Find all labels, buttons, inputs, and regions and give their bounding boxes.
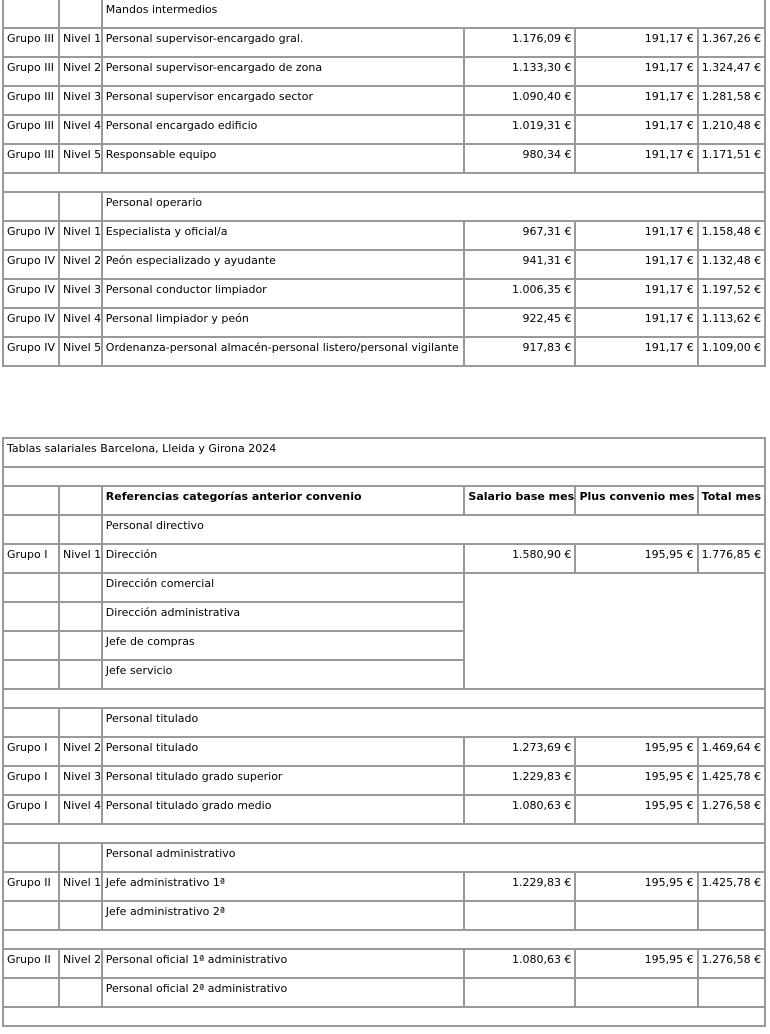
- section-heading-row: Personal titulado: [3, 708, 765, 737]
- ref-row: Personal oficial 2ª administrativo: [3, 978, 765, 1007]
- base-cell: 1.580,90 €: [464, 544, 575, 573]
- ref-row: Jefe administrativo 2ª: [3, 901, 765, 930]
- plus-cell: 191,17 €: [575, 115, 697, 144]
- plus-cell: 191,17 €: [575, 308, 697, 337]
- base-cell: 1.133,30 €: [464, 57, 575, 86]
- section-heading-row: Personal administrativo: [3, 843, 765, 872]
- table-row: Grupo IIINivel 5Responsable equipo980,34…: [3, 144, 765, 173]
- header-total: Total mes: [698, 486, 765, 515]
- grupo-cell: Grupo III: [3, 144, 59, 173]
- base-cell: 922,45 €: [464, 308, 575, 337]
- table-row: Grupo IVNivel 5Ordenanza-personal almacé…: [3, 337, 765, 366]
- header-plus: Plus convenio mes: [575, 486, 697, 515]
- spacer-row: [3, 467, 765, 486]
- section-heading: Personal operario: [102, 192, 765, 221]
- total-cell: 1.367,26 €: [698, 28, 765, 57]
- categoria-cell: Personal supervisor-encargado de zona: [102, 57, 465, 86]
- nivel-cell: Nivel 1: [59, 28, 102, 57]
- table-row: Grupo I Nivel 4 Personal titulado grado …: [3, 795, 765, 824]
- header-base: Salario base mes: [464, 486, 575, 515]
- ref-cell: Jefe servicio: [102, 660, 465, 689]
- nivel-cell: Nivel 4: [59, 308, 102, 337]
- nivel-cell: Nivel 2: [59, 250, 102, 279]
- categoria-cell: Especialista y oficial/a: [102, 221, 465, 250]
- ref-cell: Jefe administrativo 2ª: [102, 901, 465, 930]
- header-categoria: Referencias categorías anterior convenio: [102, 486, 465, 515]
- grupo-cell: Grupo IV: [3, 221, 59, 250]
- table-row: Grupo IVNivel 2Peón especializado y ayud…: [3, 250, 765, 279]
- section-heading-row: Mandos intermedios: [3, 0, 765, 28]
- salary-table-barcelona-2024: Tablas salariales Barcelona, Lleida y Gi…: [2, 437, 766, 1027]
- base-cell: 941,31 €: [464, 250, 575, 279]
- table-row: Grupo II Nivel 1 Jefe administrativo 1ª …: [3, 872, 765, 901]
- table-row: Grupo IVNivel 1Especialista y oficial/a9…: [3, 221, 765, 250]
- table-title: Tablas salariales Barcelona, Lleida y Gi…: [3, 438, 765, 467]
- spacer-row: [3, 824, 765, 843]
- plus-cell: 195,95 €: [575, 544, 697, 573]
- nivel-cell: Nivel 3: [59, 279, 102, 308]
- ref-cell: Personal oficial 2ª administrativo: [102, 978, 465, 1007]
- total-cell: 1.158,48 €: [698, 221, 765, 250]
- plus-cell: 191,17 €: [575, 28, 697, 57]
- total-cell: 1.197,52 €: [698, 279, 765, 308]
- table-row: Grupo IIINivel 3Personal supervisor enca…: [3, 86, 765, 115]
- total-cell: 1.109,00 €: [698, 337, 765, 366]
- ref-row: Dirección comercial: [3, 573, 765, 602]
- spacer-row: [3, 173, 765, 192]
- salary-table-continued: Mandos intermediosGrupo IIINivel 1Person…: [2, 0, 766, 367]
- plus-cell: 191,17 €: [575, 279, 697, 308]
- spacer-row: [3, 689, 765, 708]
- spacer-row: [3, 1007, 765, 1026]
- ref-cell: Dirección administrativa: [102, 602, 465, 631]
- grupo-cell: Grupo I: [3, 544, 59, 573]
- categoria-cell: Personal conductor limpiador: [102, 279, 465, 308]
- categoria-cell: Ordenanza-personal almacén-personal list…: [102, 337, 465, 366]
- base-cell: 980,34 €: [464, 144, 575, 173]
- total-cell: 1.113,62 €: [698, 308, 765, 337]
- table-row: Grupo IIINivel 1Personal supervisor-enca…: [3, 28, 765, 57]
- table-row: Grupo I Nivel 3 Personal titulado grado …: [3, 766, 765, 795]
- table-row: Grupo I Nivel 1 Dirección 1.580,90 € 195…: [3, 544, 765, 573]
- nivel-cell: Nivel 2: [59, 57, 102, 86]
- plus-cell: 191,17 €: [575, 337, 697, 366]
- plus-cell: 191,17 €: [575, 250, 697, 279]
- grupo-cell: Grupo IV: [3, 279, 59, 308]
- spacer-row: [3, 930, 765, 949]
- categoria-cell: Personal supervisor-encargado gral.: [102, 28, 465, 57]
- table-row: Grupo IIINivel 2Personal supervisor-enca…: [3, 57, 765, 86]
- base-cell: 1.090,40 €: [464, 86, 575, 115]
- categoria-cell: Responsable equipo: [102, 144, 465, 173]
- plus-cell: 191,17 €: [575, 221, 697, 250]
- categoria-cell: Personal supervisor encargado sector: [102, 86, 465, 115]
- grupo-cell: Grupo III: [3, 28, 59, 57]
- nivel-cell: Nivel 1: [59, 221, 102, 250]
- total-cell: 1.171,51 €: [698, 144, 765, 173]
- categoria-cell: Personal encargado edificio: [102, 115, 465, 144]
- categoria-cell: Peón especializado y ayudante: [102, 250, 465, 279]
- base-cell: 1.006,35 €: [464, 279, 575, 308]
- table-row: Grupo I Nivel 2 Personal titulado 1.273,…: [3, 737, 765, 766]
- table-title-row: Tablas salariales Barcelona, Lleida y Gi…: [3, 438, 765, 467]
- total-cell: 1.210,48 €: [698, 115, 765, 144]
- header-row: Referencias categorías anterior convenio…: [3, 486, 765, 515]
- total-cell: 1.281,58 €: [698, 86, 765, 115]
- base-cell: 917,83 €: [464, 337, 575, 366]
- table-row: Grupo II Nivel 2 Personal oficial 1ª adm…: [3, 949, 765, 978]
- grupo-cell: Grupo IV: [3, 308, 59, 337]
- table-row: Grupo IVNivel 4Personal limpiador y peón…: [3, 308, 765, 337]
- plus-cell: 191,17 €: [575, 57, 697, 86]
- section-heading-row: Personal directivo: [3, 515, 765, 544]
- total-cell: 1.132,48 €: [698, 250, 765, 279]
- base-cell: 1.176,09 €: [464, 28, 575, 57]
- section-heading-row: Personal operario: [3, 192, 765, 221]
- categoria-cell: Personal limpiador y peón: [102, 308, 465, 337]
- grupo-cell: Grupo III: [3, 86, 59, 115]
- plus-cell: 191,17 €: [575, 144, 697, 173]
- grupo-cell: Grupo III: [3, 115, 59, 144]
- section-heading: Mandos intermedios: [102, 0, 765, 28]
- nivel-cell: Nivel 5: [59, 337, 102, 366]
- total-cell: 1.776,85 €: [698, 544, 765, 573]
- table-row: Grupo IVNivel 3Personal conductor limpia…: [3, 279, 765, 308]
- grupo-cell: Grupo IV: [3, 250, 59, 279]
- table-row: Grupo IIINivel 4Personal encargado edifi…: [3, 115, 765, 144]
- section-heading: Personal administrativo: [102, 843, 765, 872]
- categoria-cell: Dirección: [102, 544, 465, 573]
- nivel-cell: Nivel 3: [59, 86, 102, 115]
- section-heading: Personal titulado: [102, 708, 765, 737]
- grupo-cell: Grupo III: [3, 57, 59, 86]
- nivel-cell: Nivel 1: [59, 544, 102, 573]
- nivel-cell: Nivel 5: [59, 144, 102, 173]
- base-cell: 967,31 €: [464, 221, 575, 250]
- grupo-cell: Grupo IV: [3, 337, 59, 366]
- section-heading: Personal directivo: [102, 515, 765, 544]
- ref-cell: Dirección comercial: [102, 573, 465, 602]
- nivel-cell: Nivel 4: [59, 115, 102, 144]
- ref-cell: Jefe de compras: [102, 631, 465, 660]
- total-cell: 1.324,47 €: [698, 57, 765, 86]
- base-cell: 1.019,31 €: [464, 115, 575, 144]
- plus-cell: 191,17 €: [575, 86, 697, 115]
